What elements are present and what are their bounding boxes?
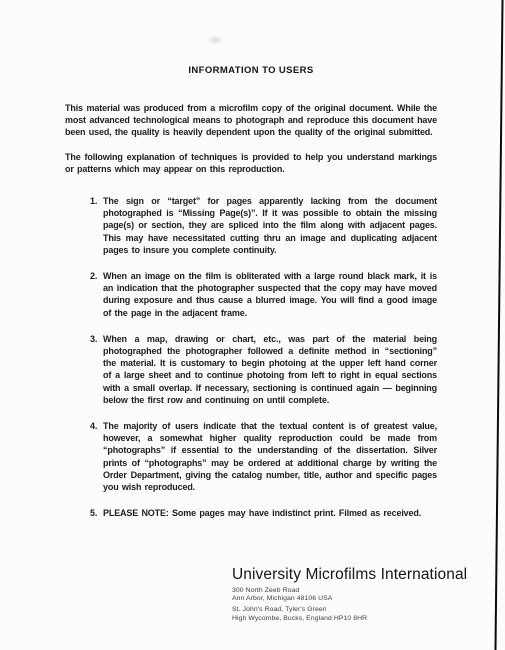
list-item: 3. When a map, drawing or chart, etc., w… — [65, 333, 437, 406]
item-text: When an image on the film is obliterated… — [103, 271, 437, 318]
document-content: INFORMATION TO USERS This material was p… — [65, 65, 437, 533]
item-number: 2. — [90, 270, 97, 282]
publisher-address-us: 300 North Zeeb Road Ann Arbor, Michigan … — [232, 587, 467, 603]
numbered-list: 1. The sign or “target” for pages appare… — [65, 195, 437, 519]
list-item: 4. The majority of users indicate that t… — [65, 420, 437, 493]
list-item: 5. PLEASE NOTE: Some pages may have indi… — [65, 507, 437, 519]
publisher-address-uk: St. John's Road, Tyler's Green High Wyco… — [232, 606, 467, 622]
list-item: 2. When an image on the film is oblitera… — [65, 270, 437, 319]
document-page: INFORMATION TO USERS This material was p… — [0, 0, 505, 650]
intro-paragraph: The following explanation of techniques … — [65, 151, 437, 175]
publisher-block: University Microfilms International 300 … — [232, 566, 467, 623]
item-number: 5. — [90, 507, 97, 519]
publisher-address-line: High Wycombe, Bucks, England HP10 8HR — [232, 615, 467, 623]
item-text: PLEASE NOTE: Some pages may have indisti… — [103, 508, 421, 518]
publisher-name: University Microfilms International — [232, 566, 467, 583]
intro-paragraph: This material was produced from a microf… — [65, 102, 437, 138]
item-text: The majority of users indicate that the … — [103, 421, 437, 492]
item-number: 3. — [90, 333, 97, 345]
page-title: INFORMATION TO USERS — [65, 65, 437, 76]
list-item: 1. The sign or “target” for pages appare… — [65, 195, 437, 256]
item-text: When a map, drawing or chart, etc., was … — [103, 334, 437, 405]
publisher-address-line: St. John's Road, Tyler's Green — [232, 606, 467, 614]
publisher-address-line: 300 North Zeeb Road — [232, 587, 467, 595]
item-number: 4. — [90, 420, 97, 432]
item-text: The sign or “target” for pages apparentl… — [103, 196, 437, 255]
item-number: 1. — [90, 195, 97, 207]
scan-edge-line — [494, 0, 503, 650]
publisher-address-line: Ann Arbor, Michigan 48106 USA — [232, 595, 467, 603]
scan-smudge — [207, 35, 223, 45]
